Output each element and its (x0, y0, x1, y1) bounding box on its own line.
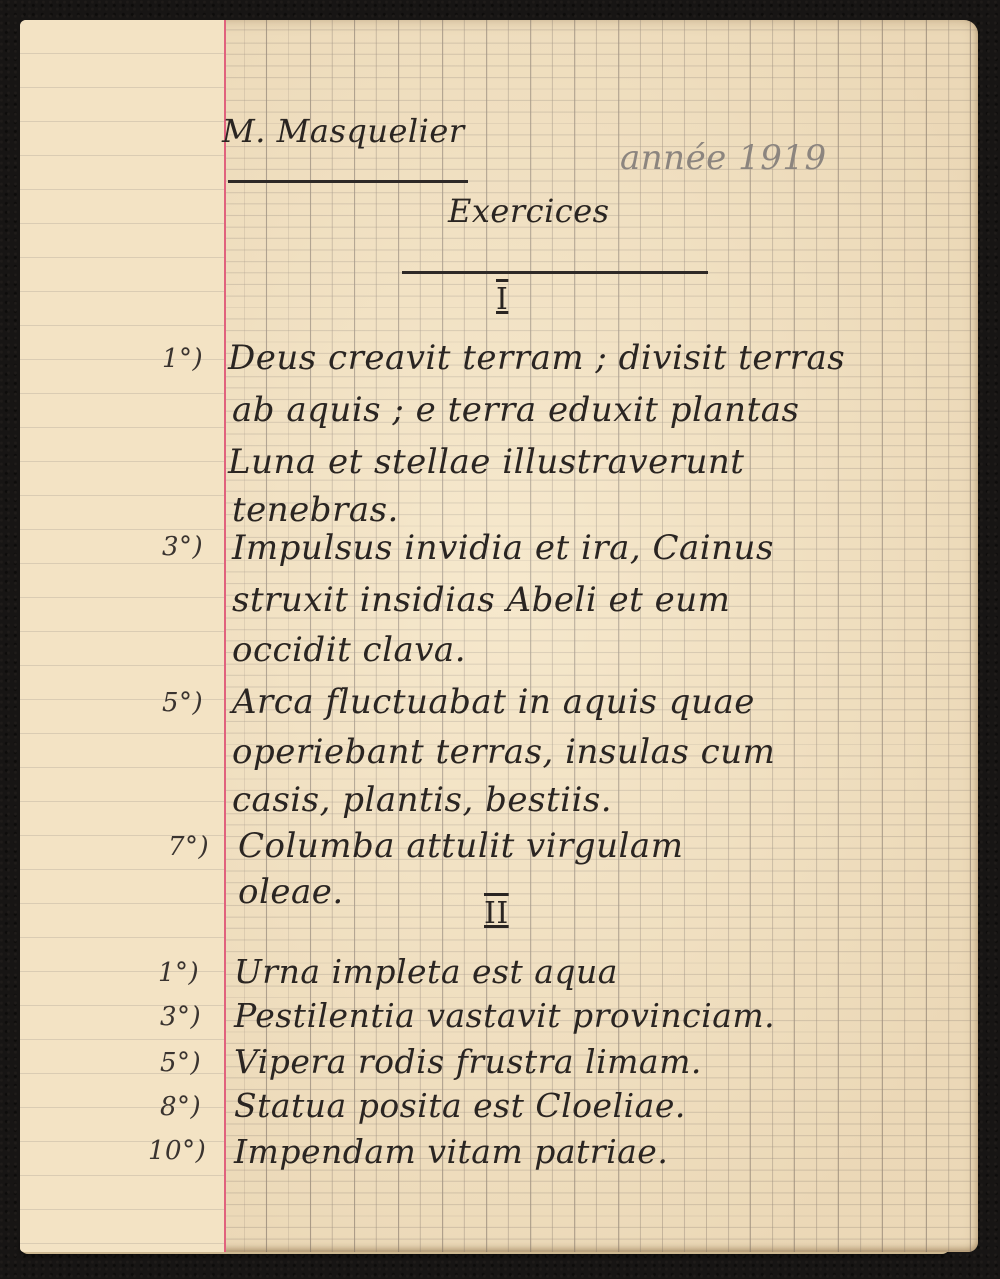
exercise-number: 5°) (162, 688, 203, 718)
year-note: année 1919 (620, 138, 827, 178)
exercise-line: oleae. (238, 872, 344, 912)
exercise-line: struxit insidias Abeli et eum (232, 580, 730, 620)
exercise-line: casis, plantis, bestiis. (232, 780, 612, 820)
red-margin-rule (224, 20, 226, 1252)
exercise-number: 3°) (160, 1002, 201, 1032)
exercise-line: Urna impleta est aqua (234, 952, 618, 991)
exercise-line: Impulsus invidia et ira, Cainus (232, 528, 774, 568)
exercise-line: Vipera rodis frustra limam. (234, 1042, 702, 1081)
exercise-number: 1°) (158, 958, 199, 988)
section-numeral-2: II (484, 896, 509, 931)
exercise-line: occidit clava. (232, 630, 466, 670)
exercise-number: 3°) (162, 532, 203, 562)
exercise-number: 8°) (160, 1092, 201, 1122)
subtitle-underline (402, 271, 708, 274)
exercise-line: Columba attulit virgulam (238, 826, 683, 866)
exercise-line: Luna et stellae illustraverunt (228, 442, 744, 482)
exercise-line: ab aquis ; e terra eduxit plantas (232, 390, 799, 430)
exercise-line: Impendam vitam patriae. (234, 1132, 668, 1171)
exercise-number: 7°) (168, 832, 209, 862)
exercise-line: Pestilentia vastavit provinciam. (234, 996, 775, 1035)
section-numeral-1: I (496, 282, 508, 317)
page-title: M. Masquelier (222, 112, 465, 150)
subtitle: Exercices (448, 192, 610, 230)
exercise-line: Arca fluctuabat in aquis quae (232, 682, 755, 722)
exercise-number: 5°) (160, 1048, 201, 1078)
exercise-number: 10°) (148, 1136, 206, 1166)
exercise-line: Deus creavit terram ; divisit terras (228, 338, 845, 378)
exercise-line: operiebant terras, insulas cum (232, 732, 775, 772)
exercise-line: Statua posita est Cloeliae. (234, 1086, 686, 1125)
notebook-page: M. Masquelier année 1919 Exercices I 1°)… (20, 20, 978, 1252)
title-underline (228, 180, 468, 183)
exercise-number: 1°) (162, 344, 203, 374)
exercise-line: tenebras. (232, 490, 399, 530)
